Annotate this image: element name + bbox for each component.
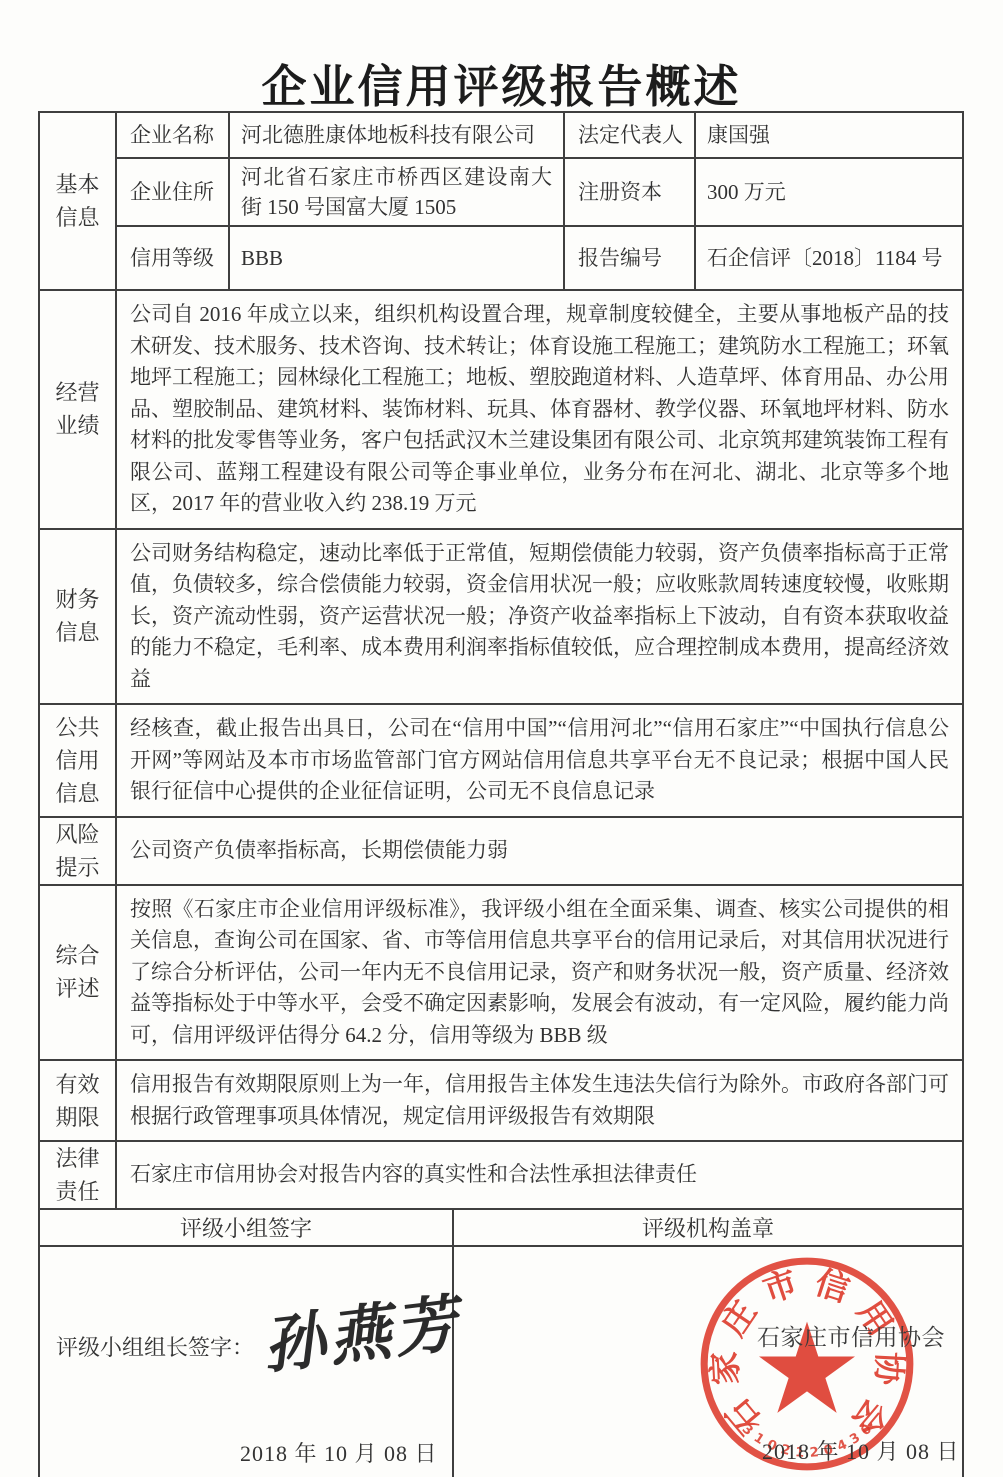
field-label-registered-capital: 注册资本 <box>565 159 696 225</box>
field-label-company-name: 企业名称 <box>117 113 230 157</box>
seal-date: 2018 年 10 月 08 日 <box>762 1435 960 1466</box>
field-value-report-number: 石企信评〔2018〕1184 号 <box>696 227 962 289</box>
section-text: 按照《石家庄市企业信用评级标准》，我评级小组在全面采集、调查、核实公司提供的相关… <box>117 886 962 1060</box>
section-text: 经核查，截止报告出具日，公司在“信用中国”“信用河北”“信用石家庄”“中国执行信… <box>117 705 962 816</box>
section-risk-warning: 风险 提示 公司资产负债率指标高，长期偿债能力弱 <box>40 816 962 884</box>
section-label: 财务 信息 <box>40 530 117 704</box>
credit-rating-report-page: 企业信用评级报告概述 基本 信息 企业名称 河北德胜康体地板科技有限公司 法定代… <box>0 0 1003 1477</box>
section-text: 石家庄市信用协会对报告内容的真实性和合法性承担法律责任 <box>117 1142 962 1208</box>
field-label-credit-grade: 信用等级 <box>117 227 230 289</box>
section-financial-info: 财务 信息 公司财务结构稳定，速动比率低于正常值，短期偿债能力较弱，资产负债率指… <box>40 528 962 704</box>
section-label: 法律 责任 <box>40 1142 117 1208</box>
section-label: 风险 提示 <box>40 818 117 884</box>
handwritten-signature: 孙燕芳 <box>257 1273 464 1385</box>
report-table: 基本 信息 企业名称 河北德胜康体地板科技有限公司 法定代表人 康国强 企业住所… <box>38 111 964 1477</box>
seal-org-name-text: 石家庄市信用协会 <box>757 1319 945 1352</box>
field-label-legal-representative: 法定代表人 <box>565 113 696 157</box>
field-value-company-address: 河北省石家庄市桥西区建设南大街 150 号国富大厦 1505 <box>230 159 565 225</box>
field-value-legal-representative: 康国强 <box>696 113 962 157</box>
section-text-content: 公司自 2016 年成立以来，组织机构设置合理，规章制度较健全，主要从事地板产品… <box>130 299 949 520</box>
signature-cell: 评级小组组长签字： 孙燕芳 2018 年 10 月 08 日 <box>40 1247 454 1477</box>
section-comprehensive-review: 综合 评述 按照《石家庄市企业信用评级标准》，我评级小组在全面采集、调查、核实公… <box>40 884 962 1060</box>
footer-signature-row: 评级小组组长签字： 孙燕芳 2018 年 10 月 08 日 石 家 庄 市 信… <box>40 1245 962 1477</box>
section-label: 经营 业绩 <box>40 291 117 528</box>
table-row: 企业住所 河北省石家庄市桥西区建设南大街 150 号国富大厦 1505 注册资本… <box>117 157 962 225</box>
field-value-registered-capital: 300 万元 <box>696 159 962 225</box>
basic-info-grid: 企业名称 河北德胜康体地板科技有限公司 法定代表人 康国强 企业住所 河北省石家… <box>117 113 962 289</box>
section-legal-responsibility: 法律 责任 石家庄市信用协会对报告内容的真实性和合法性承担法律责任 <box>40 1140 962 1208</box>
footer-header-agency-seal: 评级机构盖章 <box>454 1210 962 1245</box>
footer-header-team-signature: 评级小组签字 <box>40 1210 454 1245</box>
seal-cell: 石 家 庄 市 信 用 协 会 3 1 0 2 1 <box>454 1247 962 1477</box>
section-text-content: 按照《石家庄市企业信用评级标准》，我评级小组在全面采集、调查、核实公司提供的相关… <box>130 894 949 1052</box>
section-text-content: 公司资产负债率指标高，长期偿债能力弱 <box>130 835 508 867</box>
section-text-content: 经核查，截止报告出具日，公司在“信用中国”“信用河北”“信用石家庄”“中国执行信… <box>130 713 949 808</box>
section-label: 公共 信用 信息 <box>40 705 117 816</box>
section-basic-info: 基本 信息 企业名称 河北德胜康体地板科技有限公司 法定代表人 康国强 企业住所… <box>40 113 962 289</box>
section-text: 公司资产负债率指标高，长期偿债能力弱 <box>117 818 962 884</box>
field-label-company-address: 企业住所 <box>117 159 230 225</box>
section-text: 公司财务结构稳定，速动比率低于正常值，短期偿债能力较弱，资产负债率指标高于正常值… <box>117 530 962 704</box>
table-row: 信用等级 BBB 报告编号 石企信评〔2018〕1184 号 <box>117 225 962 289</box>
section-public-credit-info: 公共 信用 信息 经核查，截止报告出具日，公司在“信用中国”“信用河北”“信用石… <box>40 703 962 816</box>
team-leader-signature-label: 评级小组组长签字： <box>56 1331 254 1362</box>
section-operating-performance: 经营 业绩 公司自 2016 年成立以来，组织机构设置合理，规章制度较健全，主要… <box>40 289 962 528</box>
section-text-content: 信用报告有效期限原则上为一年，信用报告主体发生违法失信行为除外。市政府各部门可根… <box>130 1069 949 1132</box>
seal-char: 家 <box>707 1351 746 1386</box>
field-value-company-name: 河北德胜康体地板科技有限公司 <box>230 113 565 157</box>
section-text: 信用报告有效期限原则上为一年，信用报告主体发生违法失信行为除外。市政府各部门可根… <box>117 1061 962 1140</box>
section-validity-period: 有效 期限 信用报告有效期限原则上为一年，信用报告主体发生违法失信行为除外。市政… <box>40 1059 962 1140</box>
section-text: 公司自 2016 年成立以来，组织机构设置合理，规章制度较健全，主要从事地板产品… <box>117 291 962 528</box>
section-label: 综合 评述 <box>40 886 117 1060</box>
section-label-basic-info: 基本 信息 <box>40 113 117 289</box>
table-row: 企业名称 河北德胜康体地板科技有限公司 法定代表人 康国强 <box>117 113 962 157</box>
page-title: 企业信用评级报告概述 <box>0 0 1003 115</box>
field-label-report-number: 报告编号 <box>565 227 696 289</box>
footer-header-row: 评级小组签字 评级机构盖章 <box>40 1208 962 1245</box>
section-text-content: 石家庄市信用协会对报告内容的真实性和合法性承担法律责任 <box>130 1159 697 1191</box>
field-value-credit-grade: BBB <box>230 227 565 289</box>
seal-char: 协 <box>869 1351 908 1388</box>
section-text-content: 公司财务结构稳定，速动比率低于正常值，短期偿债能力较弱，资产负债率指标高于正常值… <box>130 538 949 696</box>
section-label: 有效 期限 <box>40 1061 117 1140</box>
signature-date: 2018 年 10 月 08 日 <box>240 1437 438 1468</box>
